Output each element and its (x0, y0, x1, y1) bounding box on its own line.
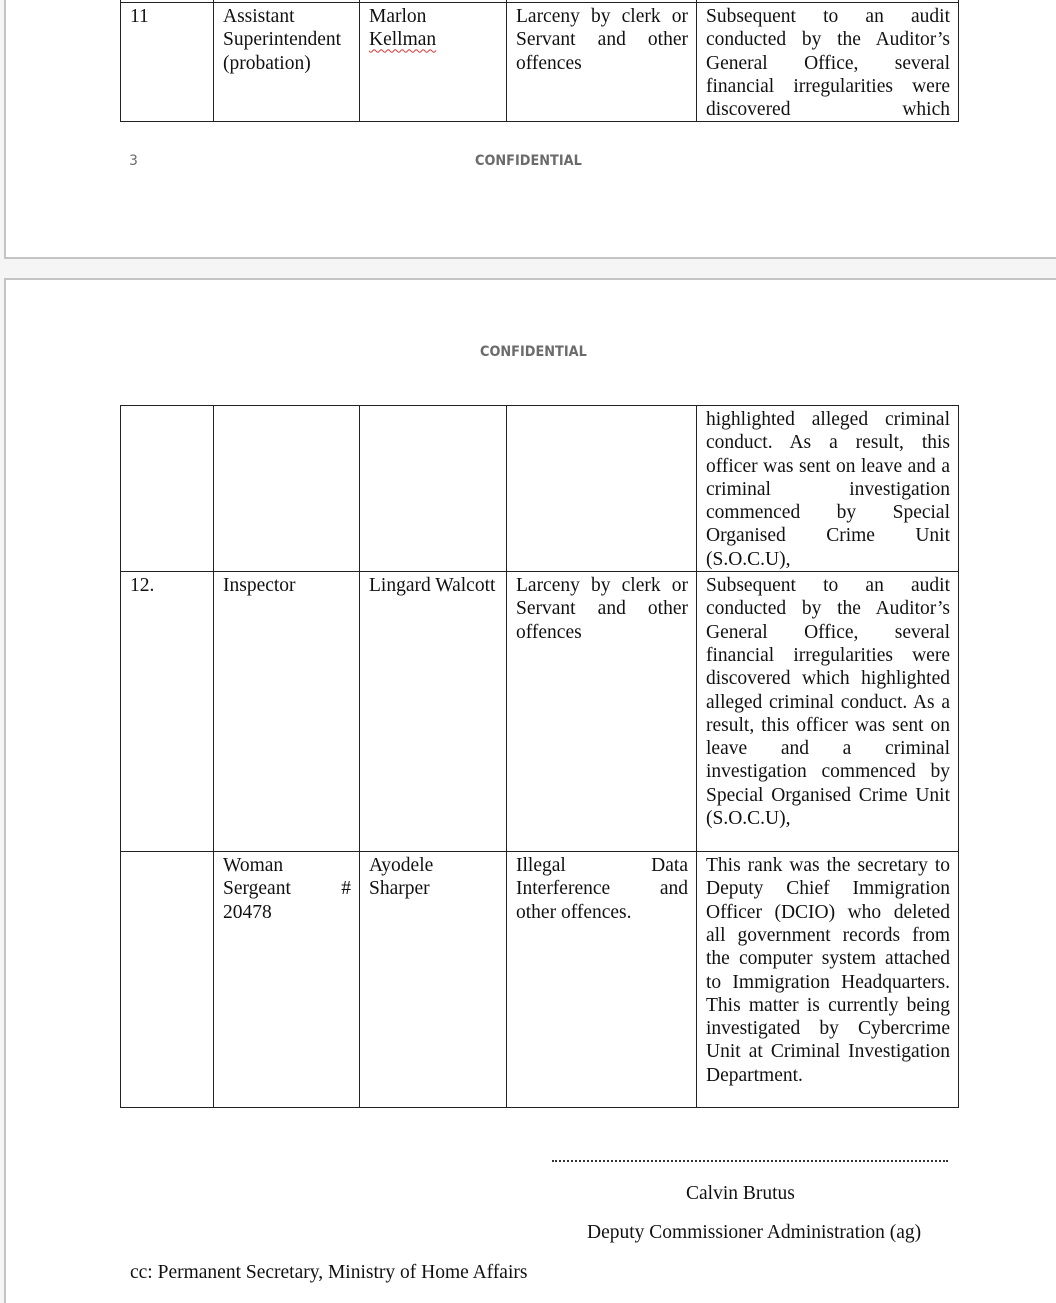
offence: Illegal Data Interference and other offe… (507, 852, 697, 1108)
cc-line: cc: Permanent Secretary, Ministry of Hom… (130, 1262, 527, 1284)
confidential-header: CONFIDENTIAL (480, 344, 587, 360)
officer-rank (214, 406, 360, 572)
page-number: 3 (129, 153, 138, 169)
case-details: highlighted alleged criminal conduct. As… (697, 406, 959, 572)
row-number: 11 (121, 3, 214, 122)
table-row: Woman Sergeant # 20478 Ayodele Sharper I… (121, 852, 959, 1108)
case-details: Subsequent to an audit conducted by the … (697, 572, 959, 852)
row-number (121, 406, 214, 572)
spellcheck-underlined-word: Kellman (369, 29, 436, 50)
signature-line (552, 1150, 948, 1162)
officer-name (360, 406, 507, 572)
officer-name: Lingard Walcott (360, 572, 507, 852)
signatory-title: Deputy Commissioner Administration (ag) (587, 1222, 921, 1244)
officer-rank: Woman Sergeant # 20478 (214, 852, 360, 1108)
table-row: 12. Inspector Lingard Walcott Larceny by… (121, 572, 959, 852)
row-number (121, 852, 214, 1108)
officer-name: Ayodele Sharper (360, 852, 507, 1108)
table-row: 11 AssistantSuperintendent(probation) Ma… (121, 3, 959, 122)
row-number: 12. (121, 572, 214, 852)
signatory-name: Calvin Brutus (686, 1183, 795, 1205)
offence: Larceny by clerk or Servant and other of… (507, 572, 697, 852)
table-row: highlighted alleged criminal conduct. As… (121, 406, 959, 572)
offence (507, 406, 697, 572)
offence: Larceny by clerk or Servant and other of… (507, 3, 697, 122)
case-details: Subsequent to an audit conducted by the … (697, 3, 959, 122)
officer-rank: Inspector (214, 572, 360, 852)
records-table-continued: 11 AssistantSuperintendent(probation) Ma… (120, 0, 959, 122)
officer-rank: AssistantSuperintendent(probation) (214, 3, 360, 122)
case-details: This rank was the secretary to Deputy Ch… (697, 852, 959, 1108)
records-table: highlighted alleged criminal conduct. As… (120, 405, 959, 1108)
officer-name: MarlonKellman (360, 3, 507, 122)
confidential-footer: CONFIDENTIAL (475, 153, 582, 169)
